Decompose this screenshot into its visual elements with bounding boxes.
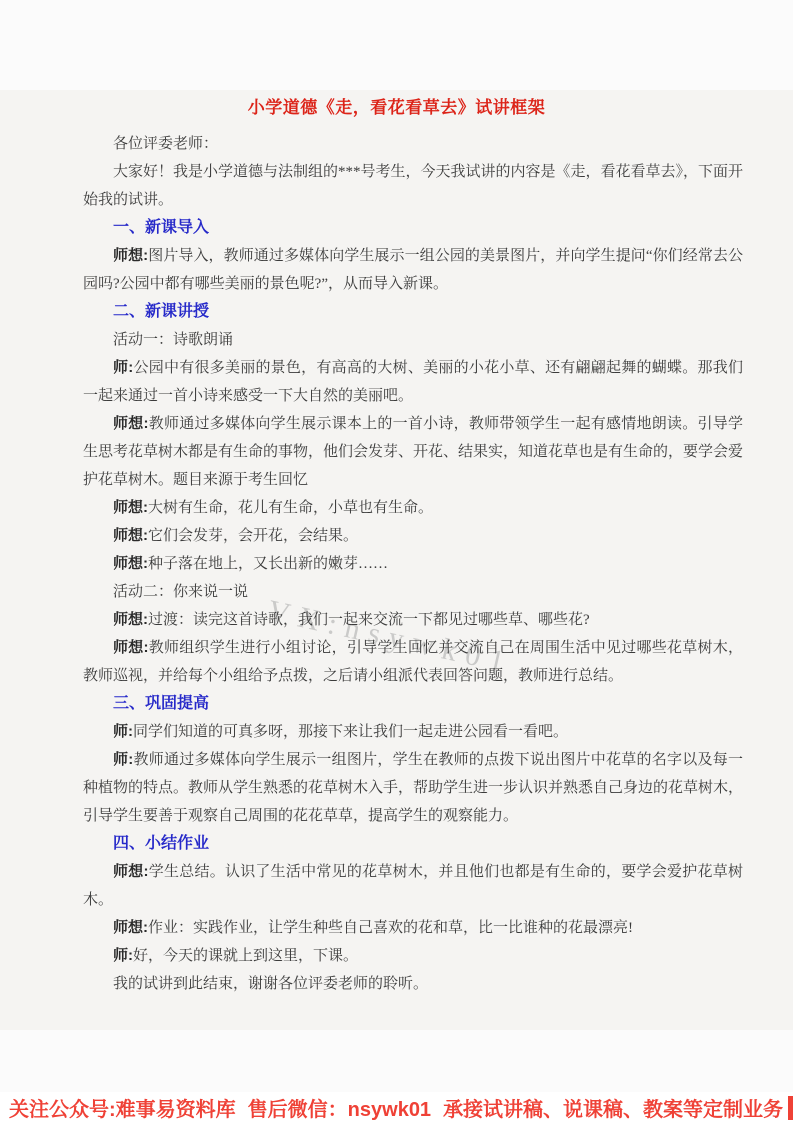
paragraph: 师想:学生总结。认识了生活中常见的花草树木，并且他们也都是有生命的，要学会爱护花… — [83, 858, 743, 914]
paragraph-closing: 我的试讲到此结束，谢谢各位评委老师的聆听。 — [83, 970, 743, 998]
section-heading-3: 三、巩固提高 — [83, 690, 743, 718]
paragraph-activity-2: 活动二：你来说一说 — [83, 578, 743, 606]
section-heading-4: 四、小结作业 — [83, 830, 743, 858]
footer-public-account: 关注公众号:难事易资料库 — [9, 1093, 236, 1122]
paragraph: 师想:教师通过多媒体向学生展示课本上的一首小诗，教师带领学生一起有感情地朗读。引… — [83, 410, 743, 494]
paragraph: 师想:它们会发芽，会开花，会结果。 — [83, 522, 743, 550]
section-heading-2: 二、新课讲授 — [83, 298, 743, 326]
paragraph: 师:好，今天的课就上到这里，下课。 — [83, 942, 743, 970]
paragraph: 师:教师通过多媒体向学生展示一组图片，学生在教师的点拨下说出图片中花草的名字以及… — [83, 746, 743, 830]
paragraph: 师想:过渡：读完这首诗歌，我们一起来交流一下都见过哪些草、哪些花? — [83, 606, 743, 634]
paragraph: 师想:教师组织学生进行小组讨论，引导学生回忆并交流自己在周围生活中见过哪些花草树… — [83, 634, 743, 690]
paragraph: 师:同学们知道的可真多呀，那接下来让我们一起走进公园看一看吧。 — [83, 718, 743, 746]
paragraph: 师想:种子落在地上，又长出新的嫩芽…… — [83, 550, 743, 578]
paragraph: 师想:图片导入，教师通过多媒体向学生展示一组公园的美景图片，并向学生提问“你们经… — [83, 242, 743, 298]
paragraph: 师想:作业：实践作业，让学生种些自己喜欢的花和草，比一比谁种的花最漂亮! — [83, 914, 743, 942]
paragraph-greeting: 各位评委老师： — [83, 130, 743, 158]
footer-edge-mark — [788, 1096, 793, 1120]
document-page: 小学道德《走，看花看草去》试讲框架 VX:nsywk01 各位评委老师： 大家好… — [0, 90, 793, 1030]
page-title: 小学道德《走，看花看草去》试讲框架 — [0, 94, 793, 122]
paragraph: 师想:大树有生命，花儿有生命，小草也有生命。 — [83, 494, 743, 522]
section-heading-1: 一、新课导入 — [83, 214, 743, 242]
footer-services: 承接试讲稿、说课稿、教案等定制业务 — [443, 1093, 783, 1122]
promo-footer: 关注公众号:难事易资料库 售后微信：nsywk01 承接试讲稿、说课稿、教案等定… — [0, 1092, 793, 1122]
footer-wechat: 售后微信：nsywk01 — [248, 1093, 431, 1122]
paragraph-activity-1: 活动一：诗歌朗诵 — [83, 326, 743, 354]
paragraph-intro: 大家好！我是小学道德与法制组的***号考生，今天我试讲的内容是《走，看花看草去》… — [83, 158, 743, 214]
document-screenshot: { "document": { "title": "小学道德《走，看花看草去》试… — [0, 0, 793, 1122]
document-body: 各位评委老师： 大家好！我是小学道德与法制组的***号考生，今天我试讲的内容是《… — [0, 130, 793, 998]
paragraph: 师:公园中有很多美丽的景色，有高高的大树、美丽的小花小草、还有翩翩起舞的蝴蝶。那… — [83, 354, 743, 410]
